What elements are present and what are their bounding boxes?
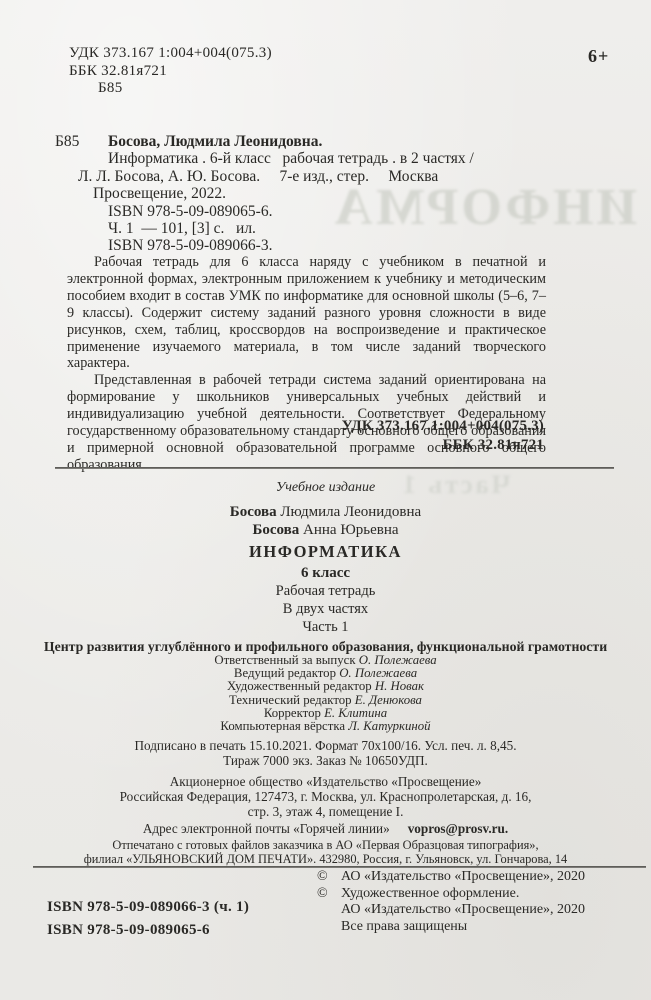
biblio-isbn-2: ISBN 978-5-09-089066-3. <box>55 237 600 254</box>
publisher-line-1: Акционерное общество «Издательство «Прос… <box>25 774 626 789</box>
credit-name: Н. Новак <box>375 679 424 693</box>
classification-codes-right: УДК 373.167.1:004+004(075.3) ББК 32.81я7… <box>342 417 544 454</box>
rights-reserved-line: Все права защищены <box>317 919 585 936</box>
edition-author-1: Босова Людмила Леонидовна <box>25 503 626 521</box>
copyright-sign: © <box>317 869 341 886</box>
author-given: Анна Юрьевна <box>299 522 398 538</box>
bbk-code: ББК 32.81я721 <box>69 63 272 81</box>
publishing-center-line: Центр развития углублённого и профильног… <box>25 639 626 654</box>
credit-role: Ответственный за выпуск <box>214 653 358 667</box>
credit-role: Технический редактор <box>229 693 355 707</box>
classification-codes: УДК 373.167 1:004+004(075.3) ББК 32.81я7… <box>69 45 272 98</box>
copyright-block: ©АО «Издательство «Просвещение», 2020 ©Х… <box>317 869 585 935</box>
edition-column: Учебное издание Босова Людмила Леонидовн… <box>25 480 626 867</box>
udk-code-bottom: УДК 373.167.1:004+004(075.3) <box>342 417 544 436</box>
publisher-line-2: Российская Федерация, 127473, г. Москва,… <box>25 789 626 804</box>
isbn-block: ISBN 978-5-09-089066-3 (ч. 1) ISBN 978-5… <box>47 896 249 942</box>
hotline-email-line: Адрес электронной почты «Горячей линии»v… <box>25 821 626 836</box>
biblio-label: Б85 <box>55 133 79 150</box>
author-surname: Босова <box>252 522 299 538</box>
biblio-publisher-line: Просвещение, 2022. <box>55 185 600 202</box>
divider-rule-top <box>55 467 614 469</box>
isbn-part-1: ISBN 978-5-09-089066-3 (ч. 1) <box>47 896 249 919</box>
copyright-line-3: АО «Издательство «Просвещение», 2020 <box>317 902 585 919</box>
credit-role: Художественный редактор <box>227 679 375 693</box>
book-subtitle-1: Рабочая тетрадь <box>25 583 626 600</box>
divider-rule-bottom <box>33 866 646 868</box>
book-title: ИНФОРМАТИКА <box>25 542 626 561</box>
annotation-paragraph-1: Рабочая тетрадь для 6 класса наряду с уч… <box>67 254 546 372</box>
credit-name: Е. Денюкова <box>355 693 422 707</box>
biblio-title-line: Информатика . 6-й класс рабочая тетрадь … <box>55 150 600 167</box>
copyright-text: Все права защищены <box>341 919 467 934</box>
credit-name: О. Полежаева <box>339 666 417 680</box>
isbn-common: ISBN 978-5-09-089065-6 <box>47 919 249 942</box>
print-run-line-1: Подписано в печать 15.10.2021. Формат 70… <box>25 738 626 753</box>
edition-kind: Учебное издание <box>25 480 626 496</box>
udk-code: УДК 373.167 1:004+004(075.3) <box>69 45 272 63</box>
book-part: Часть 1 <box>25 619 626 636</box>
credit-role: Ведущий редактор <box>234 666 339 680</box>
print-run-line-2: Тираж 7000 экз. Заказ № 10650УДП. <box>25 753 626 768</box>
author-surname: Босова <box>230 504 277 520</box>
credit-role: Корректор <box>264 706 324 720</box>
credit-line: Компьютерная вёрстка Л. Катуркиной <box>25 720 626 733</box>
age-rating-badge: 6+ <box>588 46 609 67</box>
credit-name: Е. Клитина <box>324 706 387 720</box>
hotline-email-address: vopros@prosv.ru. <box>408 821 508 836</box>
credit-name: Л. Катуркиной <box>348 719 430 733</box>
credit-name: О. Полежаева <box>359 653 437 667</box>
author-sign-code: Б85 <box>69 80 272 98</box>
copyright-text: Художественное оформление. <box>341 886 519 901</box>
copyright-text: АО «Издательство «Просвещение», 2020 <box>341 869 585 884</box>
edition-author-2: Босова Анна Юрьевна <box>25 521 626 539</box>
printing-house-line-2: филиал «УЛЬЯНОВСКИЙ ДОМ ПЕЧАТИ». 432980,… <box>25 852 626 866</box>
book-subtitle-2: В двух частях <box>25 601 626 618</box>
biblio-author: Босова, Людмила Леонидовна. <box>55 133 600 150</box>
book-grade: 6 класс <box>25 564 626 582</box>
copyright-line-1: ©АО «Издательство «Просвещение», 2020 <box>317 869 585 886</box>
copyright-line-2: ©Художественное оформление. <box>317 886 585 903</box>
imprint-page: ИНФОРМА Часть 1 УДК 373.167 1:004+004(07… <box>0 0 651 1000</box>
bbk-code-bottom: ББК 32.81я721 <box>342 436 544 455</box>
credit-role: Компьютерная вёрстка <box>220 719 348 733</box>
printing-house-line-1: Отпечатано с готовых файлов заказчика в … <box>25 838 626 852</box>
copyright-text: АО «Издательство «Просвещение», 2020 <box>341 902 585 917</box>
bibliographic-entry: Б85 Босова, Людмила Леонидовна. Информат… <box>55 133 600 255</box>
hotline-email-label: Адрес электронной почты «Горячей линии» <box>143 821 390 836</box>
biblio-part-line: Ч. 1 — 101, [3] с. ил. <box>55 220 600 237</box>
author-given: Людмила Леонидовна <box>277 504 422 520</box>
copyright-sign: © <box>317 886 341 903</box>
biblio-isbn-1: ISBN 978-5-09-089065-6. <box>55 203 600 220</box>
biblio-edition-line: Л. Л. Босова, А. Ю. Босова. 7-е изд., ст… <box>55 168 600 185</box>
publisher-line-3: стр. 3, этаж 4, помещение I. <box>25 804 626 819</box>
